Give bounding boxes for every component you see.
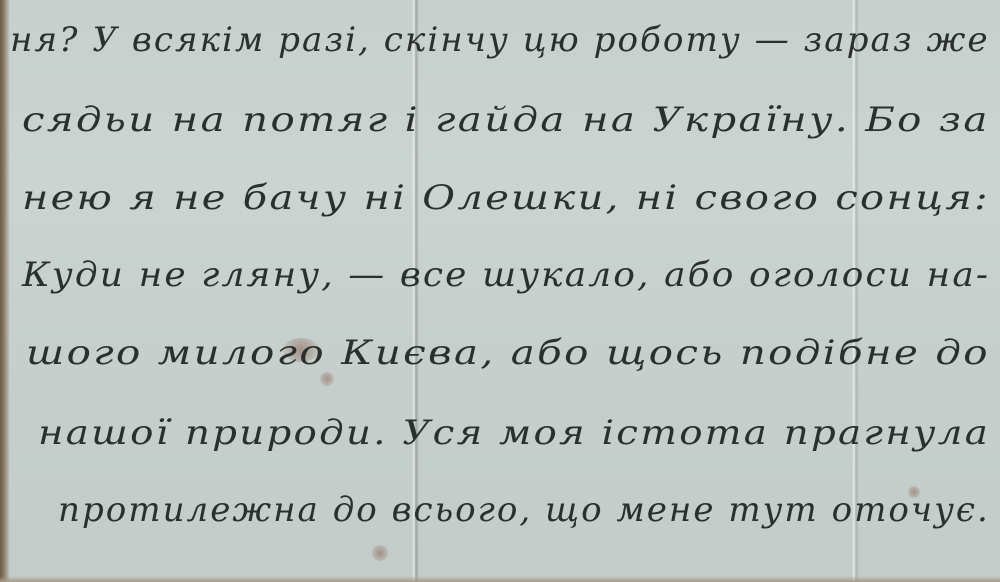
letter-page: ня? У всякім разі, скінчу цю роботу — за… [0,0,1000,582]
letter-line-7: протилежна до всього, що мене тут оточує… [58,490,990,530]
paper-edge-left [0,0,10,582]
letter-line-4: Куди не гляну, — все шукало, або оголоси… [22,255,990,295]
letter-line-3: нею я не бачу ні Олешки, ні свого сонця: [22,178,990,218]
letter-line-1: ня? У всякім разі, скінчу цю роботу — за… [10,20,990,60]
paper-edge-bottom [0,576,1000,582]
ink-stain [320,372,334,386]
ink-stain [372,545,388,561]
letter-line-6: нашої природи. Уся моя істота прагнула [38,413,990,453]
letter-line-2: сядьи на потяг і гайда на Україну. Бо за [22,100,990,140]
letter-line-5: шого милого Києва, або щось подібне до [26,333,990,373]
